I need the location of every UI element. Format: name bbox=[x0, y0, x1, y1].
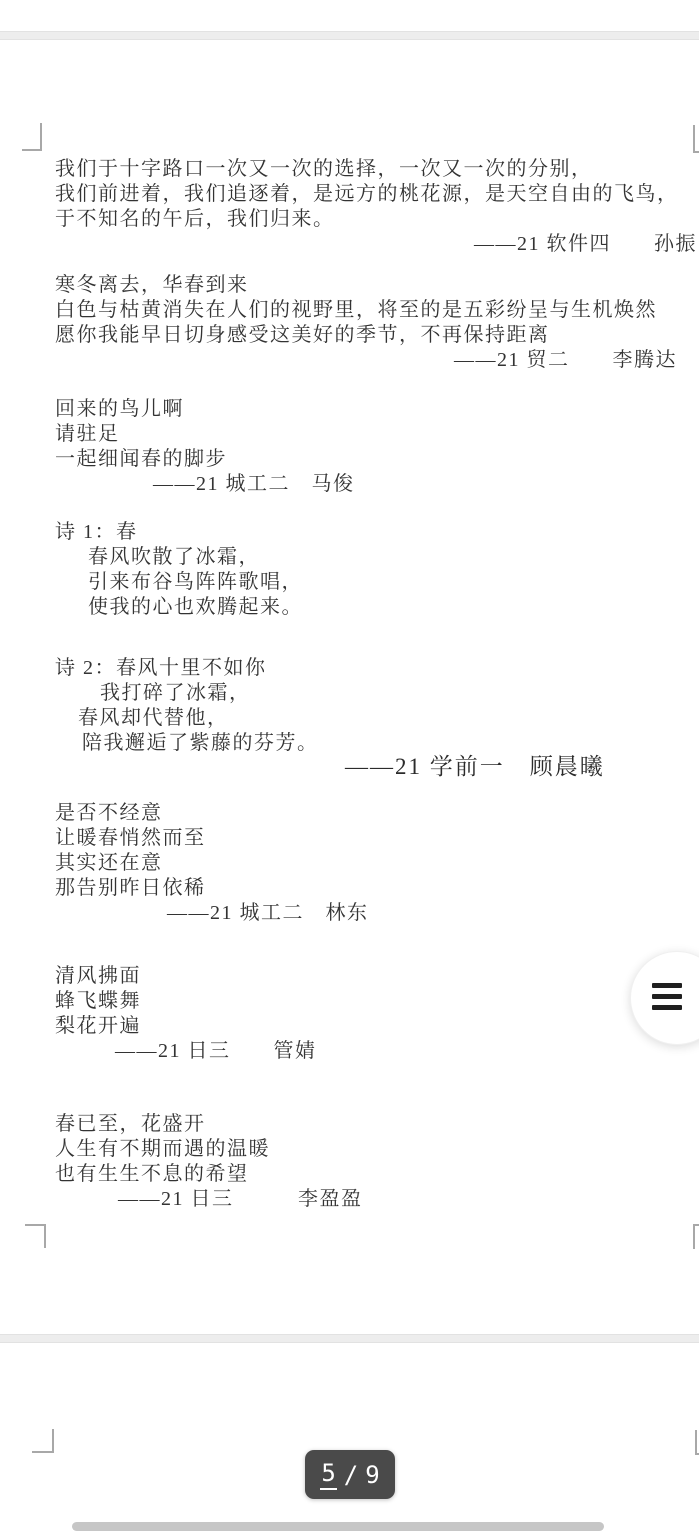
horizontal-scrollbar[interactable] bbox=[72, 1522, 604, 1531]
poem-line: 其实还在意 bbox=[55, 852, 163, 875]
poem-attribution: ——21 日三 李盈盈 bbox=[118, 1188, 363, 1211]
poem-line: 那告别昨日依稀 bbox=[55, 877, 206, 900]
poem-attribution: ——21 学前一 顾晨曦 bbox=[345, 755, 605, 778]
poem-line: 也有生生不息的希望 bbox=[55, 1163, 249, 1186]
poem-line: 引来布谷鸟阵阵歌唱， bbox=[88, 571, 303, 594]
poem-line: 于不知名的午后，我们归来。 bbox=[55, 208, 335, 231]
poem-line: 春风吹散了冰霜， bbox=[88, 546, 260, 569]
poem-line: 梨花开遍 bbox=[55, 1015, 141, 1038]
poem-line: 一起细闻春的脚步 bbox=[55, 448, 227, 471]
poem-line: 蜂飞蝶舞 bbox=[55, 990, 141, 1013]
poem-line: 愿你我能早日切身感受这美好的季节，不再保持距离 bbox=[55, 324, 550, 347]
poem-line: 回来的鸟儿啊 bbox=[55, 398, 184, 421]
poem-line: 我们前进着，我们追逐着，是远方的桃花源，是天空自由的飞鸟， bbox=[55, 183, 679, 206]
poem-line: 诗 2：春风十里不如你 bbox=[55, 657, 267, 680]
page-number-separator: / bbox=[344, 1461, 358, 1489]
crop-mark-next-page-right bbox=[695, 1430, 699, 1455]
poem-line: 人生有不期而遇的温暖 bbox=[55, 1138, 270, 1161]
poem-attribution: ——21 贸二 李腾达 bbox=[454, 349, 677, 372]
current-page-number: 5 bbox=[320, 1459, 336, 1490]
poem-line: 清风拂面 bbox=[55, 965, 141, 988]
poem-attribution: ——21 城工二 林东 bbox=[167, 902, 369, 925]
crop-mark-top-left bbox=[22, 123, 42, 151]
poem-line: 诗 1：春 bbox=[55, 521, 138, 544]
page-separator-top bbox=[0, 31, 699, 40]
poem-line: 使我的心也欢腾起来。 bbox=[88, 596, 303, 619]
poem-line: 寒冬离去，华春到来 bbox=[55, 274, 249, 297]
crop-mark-bottom-right bbox=[693, 1224, 699, 1249]
page-indicator[interactable]: 5 / 9 bbox=[305, 1450, 395, 1499]
poem-line: 我们于十字路口一次又一次的选择，一次又一次的分别， bbox=[55, 158, 593, 181]
poem-line: 请驻足 bbox=[55, 423, 120, 446]
poem-attribution: ——21 城工二 马俊 bbox=[153, 473, 355, 496]
poem-line: 春已至，花盛开 bbox=[55, 1113, 206, 1136]
poem-line: 陪我邂逅了紫藤的芬芳。 bbox=[82, 732, 319, 755]
crop-mark-next-page-left bbox=[32, 1429, 54, 1453]
poem-line: 是否不经意 bbox=[55, 802, 163, 825]
poem-line: 让暖春悄然而至 bbox=[55, 827, 206, 850]
poem-line: 我打碎了冰霜， bbox=[100, 682, 251, 705]
crop-mark-bottom-left bbox=[25, 1224, 46, 1248]
menu-fab-button[interactable] bbox=[630, 951, 699, 1045]
poem-line: 白色与枯黄消失在人们的视野里，将至的是五彩纷呈与生机焕然 bbox=[55, 299, 657, 322]
crop-mark-top-right bbox=[693, 125, 699, 153]
total-page-count: 9 bbox=[365, 1461, 379, 1489]
poem-attribution: ——21 软件四 孙振 bbox=[474, 233, 697, 256]
page-separator-bottom bbox=[0, 1334, 699, 1343]
document-viewer: 我们于十字路口一次又一次的选择，一次又一次的分别，我们前进着，我们追逐着，是远方… bbox=[0, 0, 699, 1539]
poem-line: 春风却代替他， bbox=[78, 707, 229, 730]
poem-attribution: ——21 日三 管婧 bbox=[115, 1040, 317, 1063]
